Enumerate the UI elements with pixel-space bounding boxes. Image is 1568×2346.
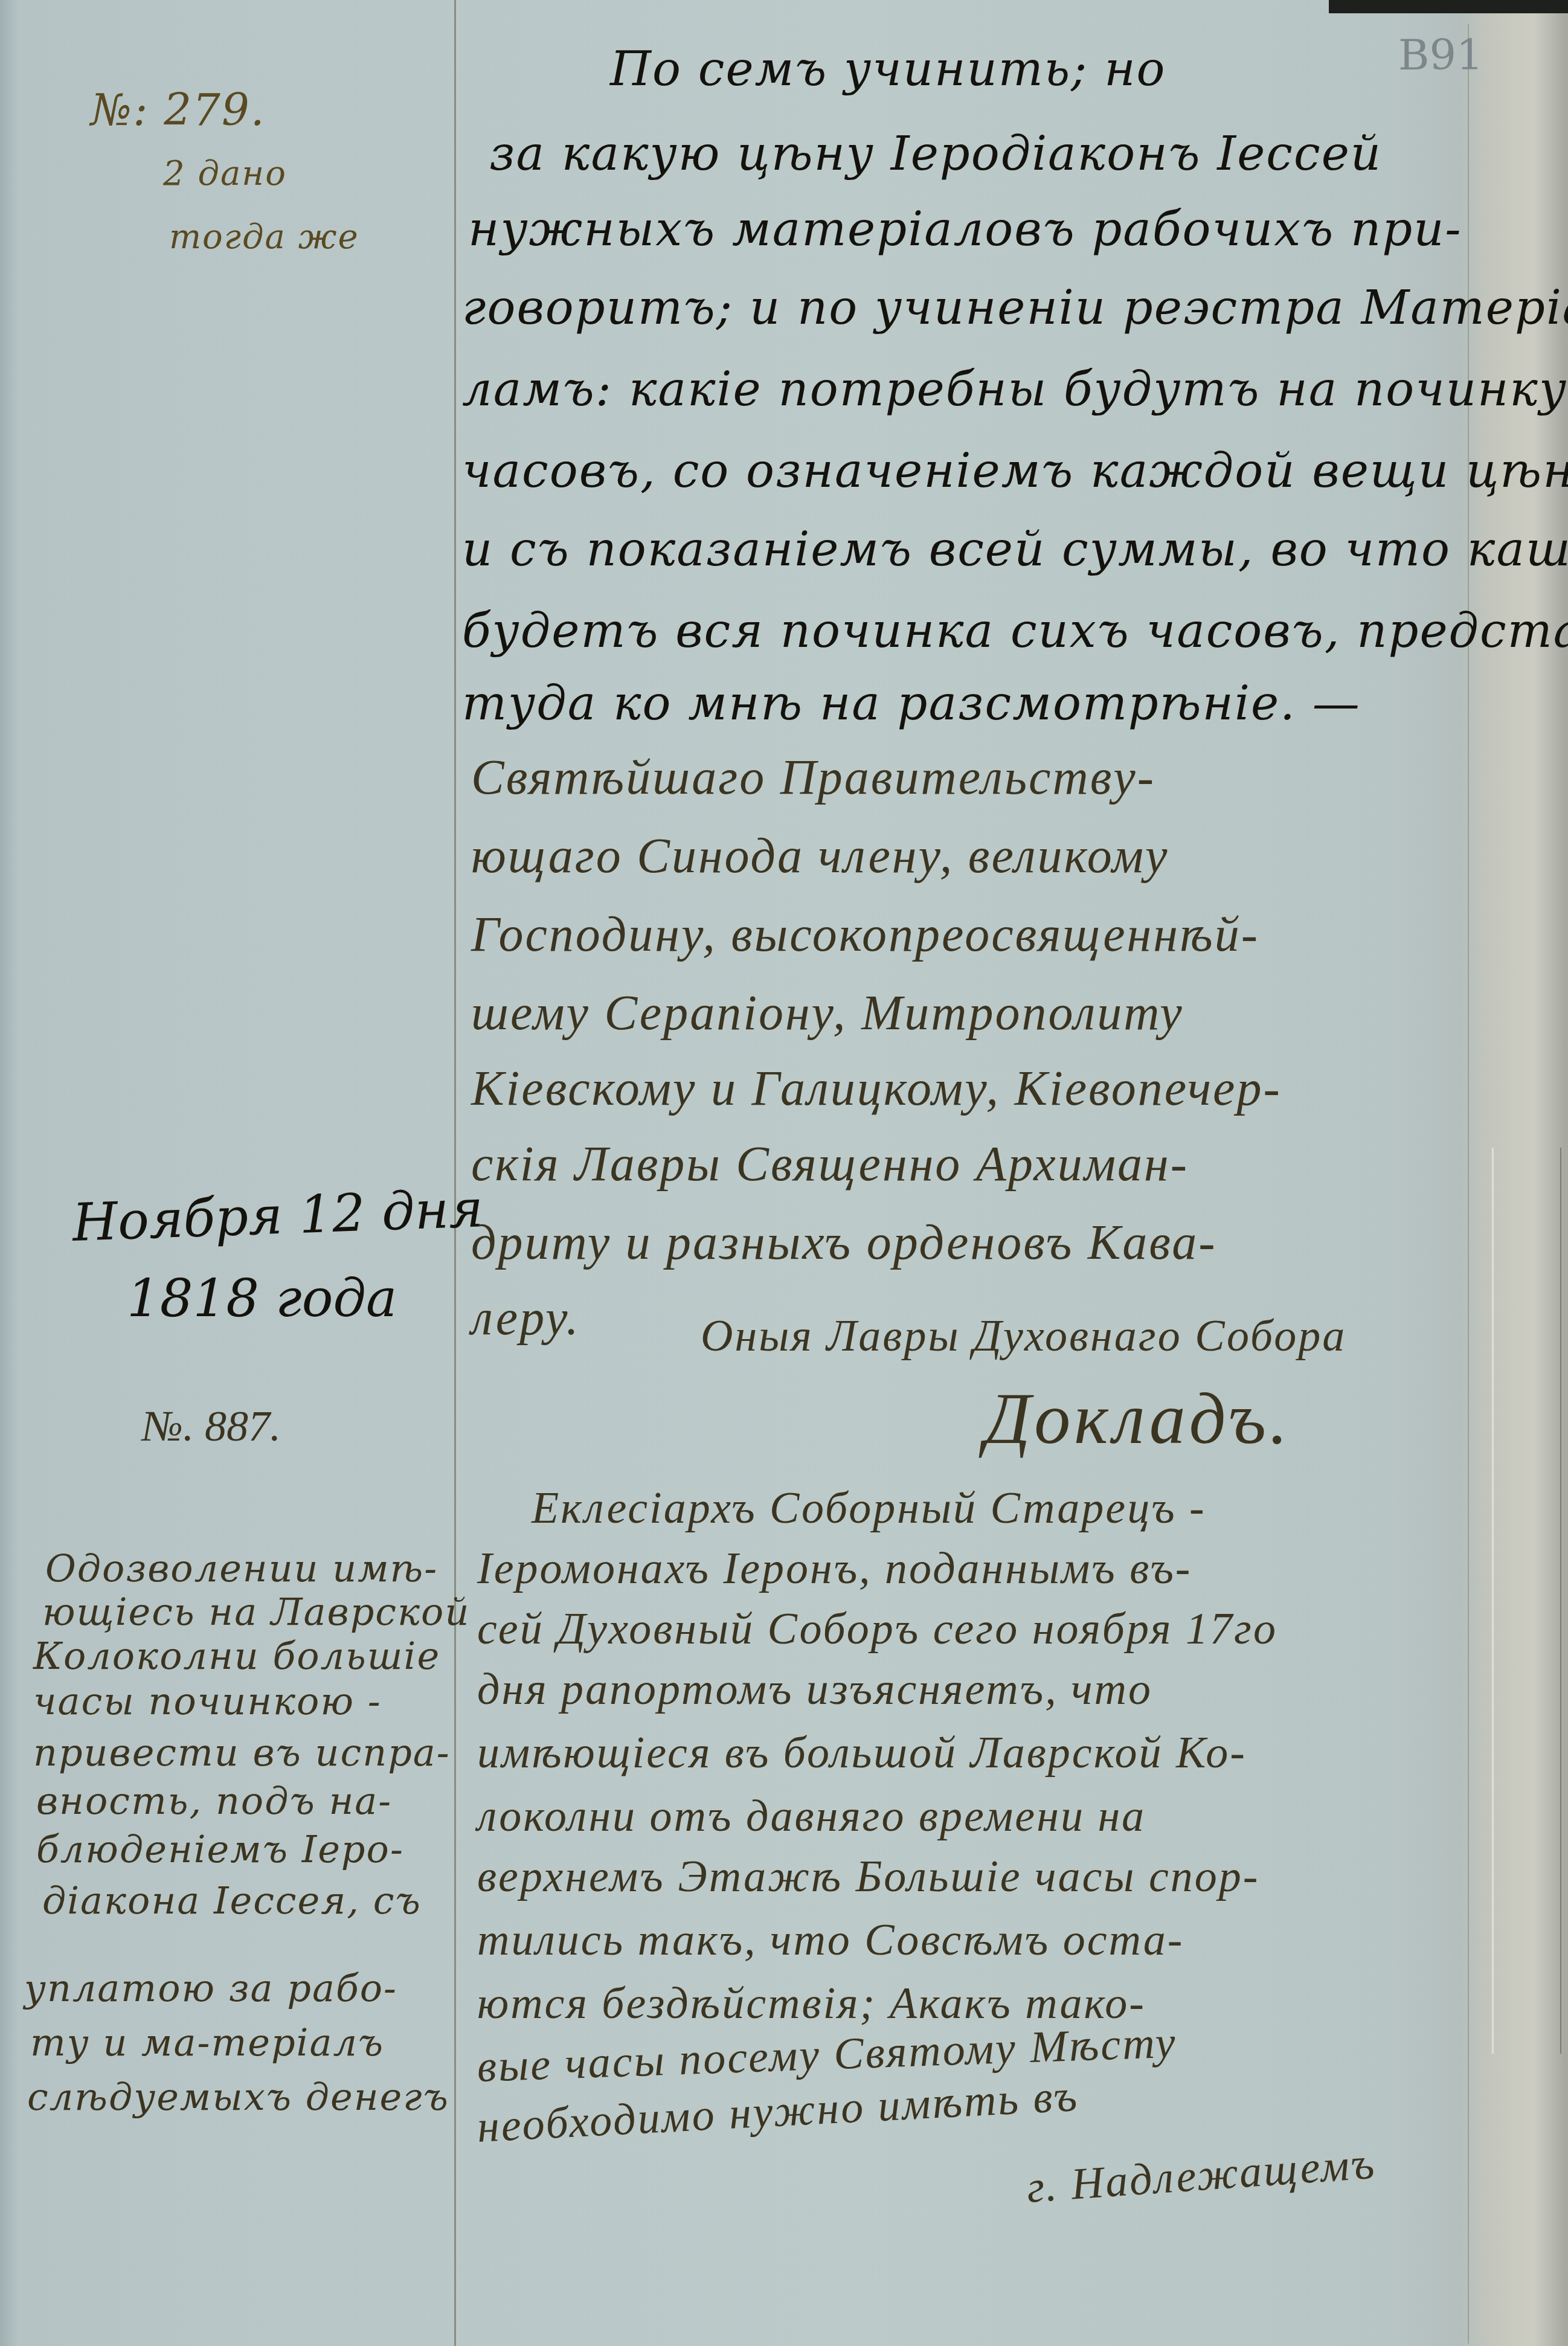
resolution-line: ламъ: какіе потребны будутъ на починку т… [462,362,1568,417]
address-line: дриту и разныхъ орденовъ Кава- [471,1214,1217,1271]
resolution-line: уплатою за рабо- [24,1966,397,2010]
resolution-line: діакона Iессея, съ [42,1878,422,1923]
resolution-line: за какую цѣну Iеродіаконъ Iессей [489,127,1382,181]
folio-number: В91 [1398,30,1483,80]
date-year: 1818 года [127,1268,397,1329]
body-line: Iеромонахъ Iеронъ, поданнымъ въ- [477,1543,1192,1595]
body-line: г. Надлежащемъ [1025,2138,1378,2214]
address-line: леру. [471,1290,580,1346]
date-day: Ноября 12 дня [71,1178,484,1253]
address-line: Кіевскому и Галицкому, Кіевопечер- [471,1060,1282,1117]
body-line: дня рапортомъ изъясняетъ, что [477,1664,1152,1715]
registry-number: №: 279. [91,85,266,135]
document-title: Докладъ. [985,1377,1291,1461]
resolution-line: слѣдуемыхъ денегъ [27,2075,449,2119]
resolution-line: будетъ вся починка сихъ часовъ, представ… [462,604,1568,658]
manuscript-page: В91 №: 279. 2 дано тогда же Ноября 12 дн… [0,0,1568,2346]
resolution-line: вность, подъ на- [36,1779,392,1823]
resolution-line: Колоколни большіе [33,1634,440,1678]
body-line: локолни отъ давняго времени на [477,1791,1146,1842]
resolution-line: Одозволении имѣ- [45,1546,438,1590]
body-line: верхнемъ Этажѣ Большіе часы спор- [477,1851,1259,1903]
resolution-line: туда ко мнѣ на разсмотрѣніе. — [462,676,1361,731]
left-margin-rule [454,0,456,2346]
body-line: имѣющіеся въ большой Лаврской Ко- [477,1727,1247,1779]
resolution-line: говоритъ; и по учиненіи реэстра Матеріа- [462,281,1568,335]
resolution-line: ту и ма-терiалъ [30,2020,384,2065]
address-line: шему Серапіону, Митрополиту [471,985,1184,1041]
resolution-line: часы починкою - [33,1679,382,1723]
body-line: сей Духовный Соборъ сего ноября 17го [477,1604,1277,1655]
sender-line: Оныя Лавры Духовнаго Собора [701,1311,1346,1362]
body-line: тились такъ, что Совсѣмъ оста- [477,1915,1184,1966]
address-line: Господину, высокопреосвященнѣй- [471,906,1259,963]
outgoing-number: №. 887. [142,1401,281,1451]
address-line: Святѣйшаго Правительству- [471,749,1155,806]
resolution-line: и съ показаніемъ всей суммы, во что кашт… [462,522,1568,577]
note-line: тогда же [169,217,359,257]
resolution-line: По семъ учинить; но [610,42,1166,97]
resolution-line: нужныхъ матеріаловъ рабочихъ при- [468,202,1462,257]
resolution-line: ющіесь на Лаврской [42,1590,470,1634]
body-line: Еклесіархъ Соборный Старецъ - [532,1483,1206,1534]
resolution-line: привести въ испра- [33,1731,451,1775]
address-line: ющаго Синода члену, великому [471,828,1169,884]
address-line: скія Лавры Священно Архиман- [471,1136,1189,1192]
paper-fold [1492,1148,1561,2054]
resolution-line: часовъ, со означеніемъ каждой вещи цѣны [462,444,1568,498]
note-line: 2 дано [163,154,287,193]
scan-edge-shadow [1329,0,1568,13]
resolution-line: блюденіемъ Iеро- [36,1827,404,1871]
